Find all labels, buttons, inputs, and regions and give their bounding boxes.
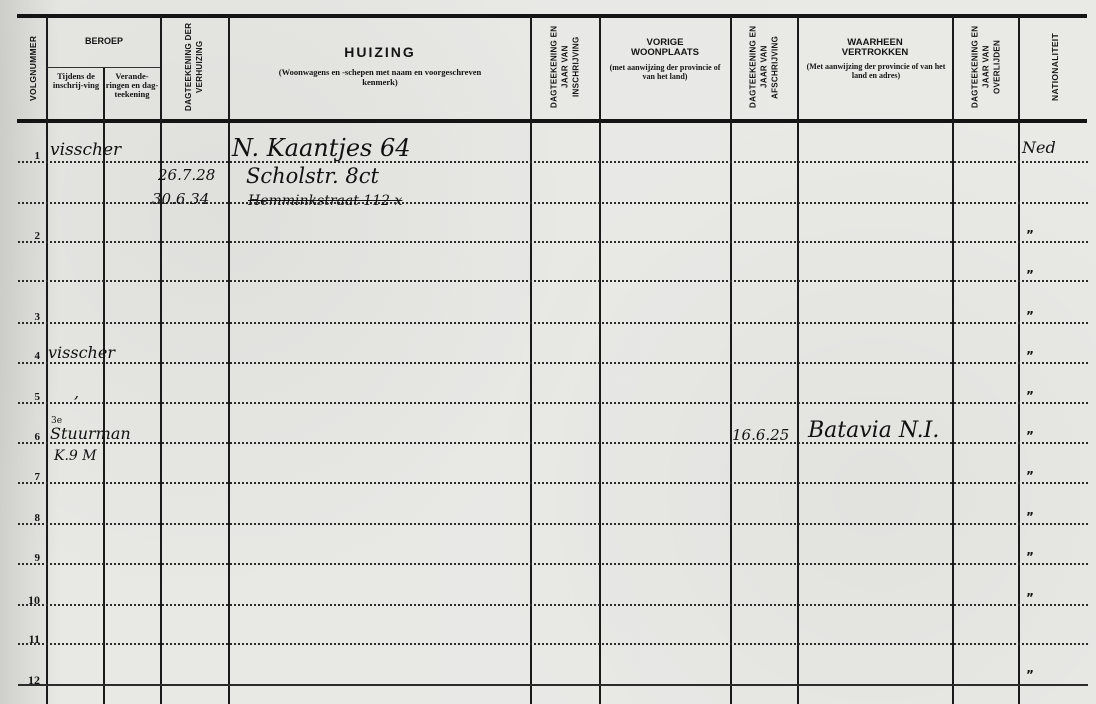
register-card: VOLGNUMMER BEROEP Tijdens de inschrij-vi…: [0, 0, 1096, 704]
row-number: 7: [0, 471, 40, 483]
row6-waarheen-vertrokken: Batavia N.I.: [808, 418, 939, 443]
header-beroep-veranderingen: Verande-ringen en dag-teekening: [105, 72, 159, 99]
row5-beroep-ditto: ,: [74, 383, 79, 402]
ditto-mark: ”: [1026, 550, 1034, 564]
row6-afschrijving-date: 16.6.25: [732, 426, 789, 444]
row1-address-3-struck: Hemminkstraat 112 x: [248, 193, 402, 209]
row1-address-2: Scholstr. 8ct: [246, 164, 379, 188]
header-dagteekening-inschrijving: DAGTEEKENING EN JAAR VAN INSCHRIJVING: [537, 18, 593, 116]
header-dagteekening-afschrijving: DAGTEEKENING EN JAAR VAN AFSCHRIJVING: [736, 18, 792, 116]
header-dagteekening-overlijden: DAGTEEKENING EN JAAR VAN OVERLIJDEN: [958, 18, 1014, 116]
row1-nationality: Ned: [1022, 138, 1056, 157]
row-number: 10: [0, 593, 40, 608]
row1-address-1: N. Kaantjes 64: [232, 134, 411, 162]
header-bottom-rule: [17, 119, 1087, 123]
row-line-12: [18, 684, 1088, 686]
row-line-9: [18, 563, 1088, 565]
header-waarheen-sub: (Met aanwijzing der provincie of van het…: [806, 62, 946, 80]
column-divider: [952, 16, 954, 704]
row-line-10: [18, 604, 1088, 606]
header-volgnummer: VOLGNUMMER: [22, 20, 44, 116]
beroep-subheader-rule: [47, 67, 160, 68]
header-beroep-tijdens: Tijdens de inschrij-ving: [50, 72, 102, 90]
row-line-5: [18, 402, 1088, 404]
header-dagteekening-verhuizing: DAGTEEKENING DER VERHUIZING: [166, 18, 222, 116]
ditto-mark: ”: [1026, 389, 1034, 403]
row-line-3: [18, 322, 1088, 324]
column-divider: [730, 16, 732, 704]
ditto-mark: ”: [1026, 591, 1034, 605]
row-line-11: [18, 643, 1088, 645]
ditto-mark: ”: [1026, 429, 1034, 443]
row-number: 2: [0, 230, 40, 242]
ditto-mark: ”: [1026, 349, 1034, 363]
row-number: 5: [0, 391, 40, 403]
header-beroep: BEROEP: [48, 36, 160, 46]
row-number: 8: [0, 512, 40, 524]
header-huizing: HUIZING: [230, 44, 530, 60]
row-line-1: [18, 161, 1088, 163]
header-vorige-woonplaats-sub: (met aanwijzing der provincie of van het…: [606, 63, 724, 81]
row-line-2: [18, 241, 1088, 243]
ditto-mark: ”: [1026, 228, 1034, 242]
ditto-mark: ”: [1026, 309, 1034, 323]
row-number: 1: [0, 150, 40, 162]
ditto-mark: ”: [1026, 469, 1034, 483]
row6-beroep-line2: K.9 M: [54, 448, 97, 464]
row1-verhuizing-date-2: 30.6.34: [152, 190, 209, 208]
row4-beroep: visscher: [48, 343, 115, 362]
header-vorige-woonplaats: VORIGE WOONPLAATS: [612, 38, 718, 58]
ditto-mark: ”: [1026, 268, 1034, 282]
header-waarheen-vertrokken: WAARHEEN VERTROKKEN: [830, 38, 920, 58]
row-line-7: [18, 482, 1088, 484]
row-number: 4: [0, 350, 40, 362]
ditto-mark: ”: [1026, 668, 1034, 682]
row-line-2b: [18, 280, 1088, 282]
row-number: 3: [0, 311, 40, 323]
row6-beroep: Stuurman: [50, 424, 131, 443]
column-divider: [599, 16, 601, 704]
column-divider: [797, 16, 799, 704]
row-number: 9: [0, 552, 40, 564]
row1-verhuizing-date-1: 26.7.28: [158, 166, 215, 184]
header-nationaliteit: NATIONALITEIT: [1040, 18, 1070, 116]
ditto-mark: ”: [1026, 510, 1034, 524]
column-divider: [228, 16, 230, 704]
row-number: 6: [0, 431, 40, 443]
row-line-8: [18, 523, 1088, 525]
column-divider: [103, 68, 105, 704]
row-number: 12: [0, 673, 40, 688]
column-divider: [530, 16, 532, 704]
row-number: 11: [0, 632, 40, 647]
header-huizing-sub: (Woonwagens en -schepen met naam en voor…: [262, 67, 498, 87]
column-divider: [160, 16, 162, 704]
column-divider: [1018, 16, 1020, 704]
row1-beroep: visscher: [50, 140, 121, 160]
row-line-4: [18, 362, 1088, 364]
